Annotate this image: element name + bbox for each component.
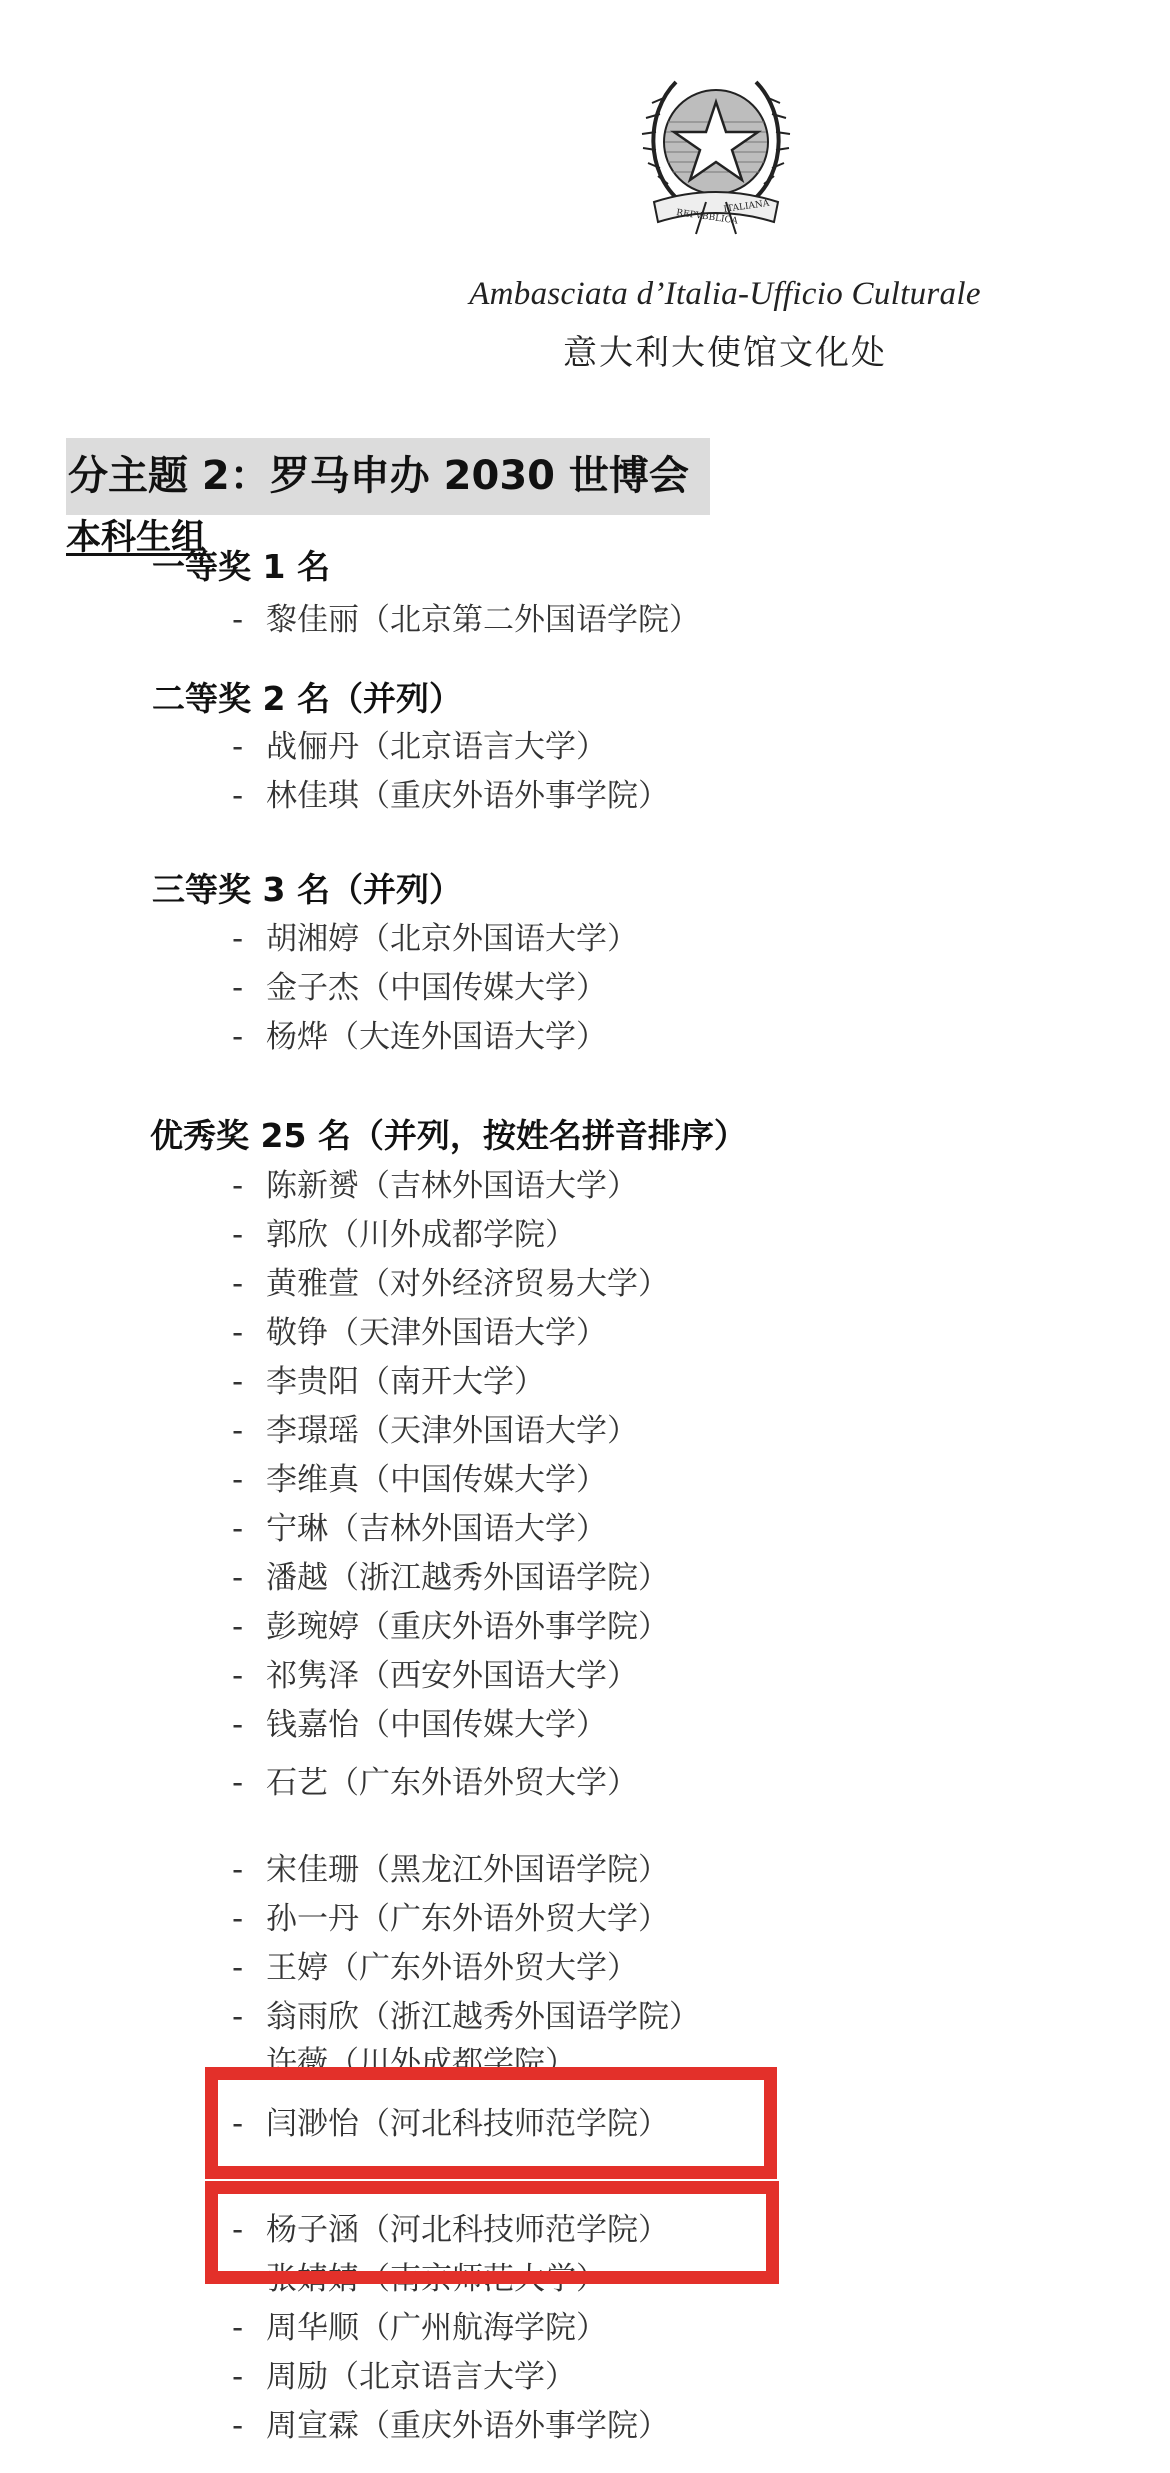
award-heading-first: 一等奖 1 名 [152, 544, 330, 590]
list-item: -李贵阳（南开大学） [232, 1359, 545, 1405]
list-item: -彭琬婷（重庆外语外事学院） [232, 1604, 669, 1650]
award-heading-third: 三等奖 3 名（并列） [152, 867, 462, 913]
list-item: -林佳琪（重庆外语外事学院） [232, 773, 669, 819]
list-item: -战俪丹（北京语言大学） [232, 724, 607, 770]
list-item: -黎佳丽（北京第二外国语学院） [232, 597, 700, 643]
list-item: -李璟瑶（天津外国语大学） [232, 1408, 638, 1454]
list-item: -宁琳（吉林外国语大学） [232, 1506, 607, 1552]
embassy-name-italian: Ambasciata d’Italia-Ufficio Culturale [460, 276, 990, 313]
embassy-name-chinese: 意大利大使馆文化处 [460, 325, 990, 374]
highlight-box-2 [205, 2181, 779, 2284]
list-item: -李维真（中国传媒大学） [232, 1457, 607, 1503]
list-item: -钱嘉怡（中国传媒大学） [232, 1702, 607, 1748]
list-item: -周励（北京语言大学） [232, 2354, 576, 2400]
list-item: -宋佳珊（黑龙江外国语学院） [232, 1847, 669, 1893]
topic-title: 分主题 2：罗马申办 2030 世博会 [66, 438, 710, 515]
list-item: -敬铮（天津外国语大学） [232, 1310, 607, 1356]
list-item: -胡湘婷（北京外国语大学） [232, 916, 638, 962]
italian-emblem-icon: REPVBBLICA ITALIANA [636, 52, 796, 238]
award-heading-second: 二等奖 2 名（并列） [152, 676, 462, 722]
list-item-clipped: 许薇（川外成都学院） [232, 2040, 576, 2068]
list-item: -祁隽泽（西安外国语大学） [232, 1653, 638, 1699]
list-item: -翁雨欣（浙江越秀外国语学院） [232, 1994, 700, 2040]
award-heading-excellence: 优秀奖 25 名（并列，按姓名拼音排序） [150, 1113, 747, 1159]
list-item: -周华顺（广州航海学院） [232, 2305, 607, 2351]
list-item: -孙一丹（广东外语外贸大学） [232, 1896, 669, 1942]
list-item: -陈新赟（吉林外国语大学） [232, 1163, 638, 1209]
list-item: -杨烨（大连外国语大学） [232, 1014, 607, 1060]
list-item: -郭欣（川外成都学院） [232, 1212, 576, 1258]
highlight-box-1 [205, 2067, 777, 2179]
list-item: -王婷（广东外语外贸大学） [232, 1945, 638, 1991]
list-item: -潘越（浙江越秀外国语学院） [232, 1555, 669, 1601]
list-item: -周宣霖（重庆外语外事学院） [232, 2403, 669, 2449]
list-item: -金子杰（中国传媒大学） [232, 965, 607, 1011]
list-item: -黄雅萱（对外经济贸易大学） [232, 1261, 669, 1307]
list-item: -石艺（广东外语外贸大学） [232, 1760, 638, 1806]
